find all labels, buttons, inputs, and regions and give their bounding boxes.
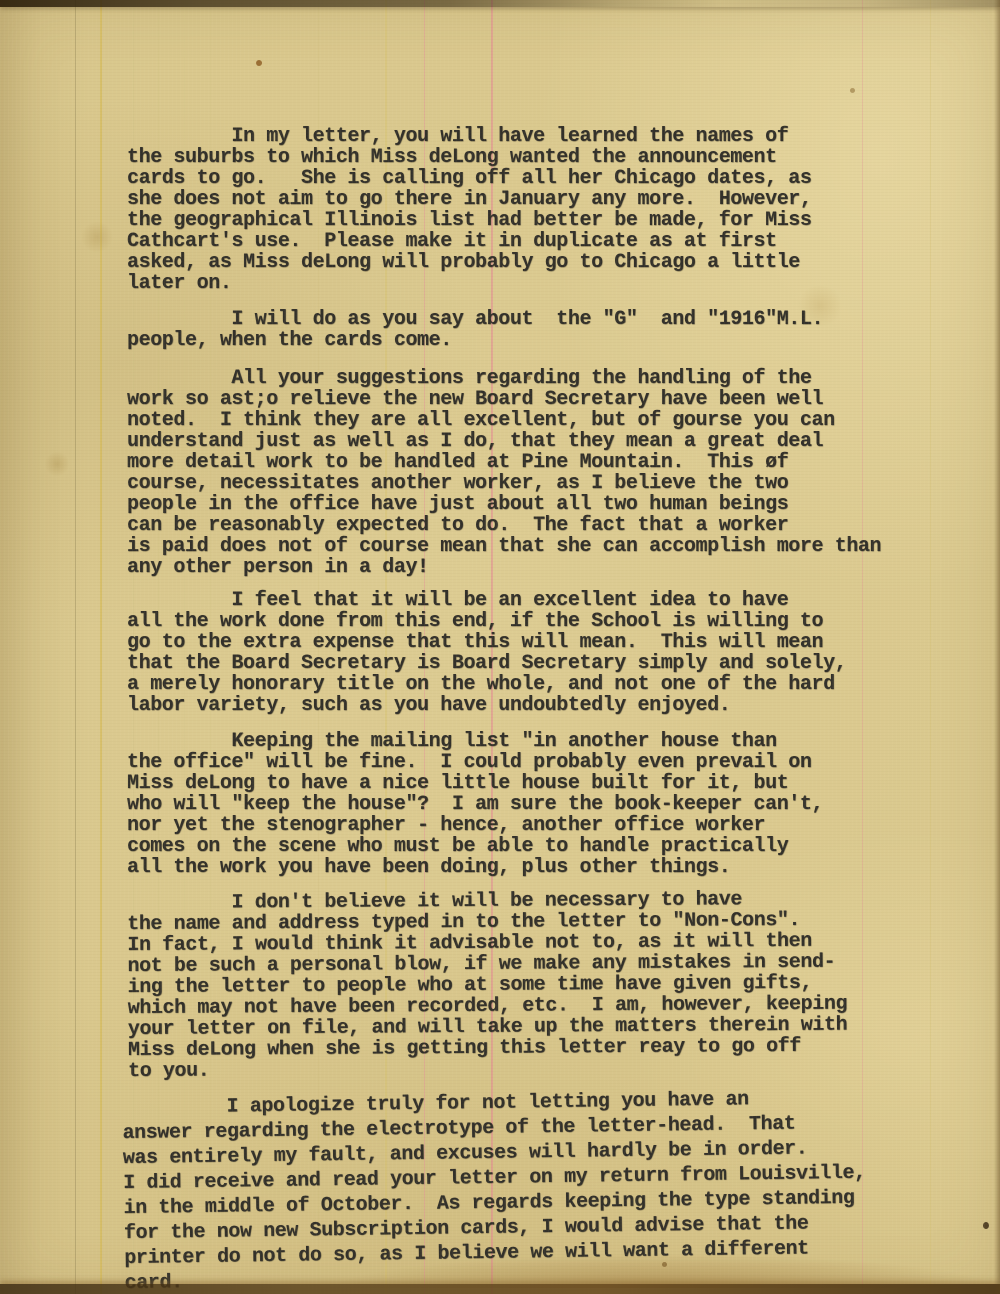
paper-stain <box>80 222 114 252</box>
letter-paragraph: In my letter, you will have learned the … <box>127 126 812 294</box>
paper-stain <box>983 1222 989 1229</box>
ledger-line-yellow <box>100 0 102 1294</box>
ledger-line-faint <box>75 0 76 1294</box>
paper-top-edge <box>0 0 1000 7</box>
letter-paragraph: I will do as you say about the "G" and "… <box>127 309 823 351</box>
paper-bottom-edge <box>0 1284 1000 1294</box>
paper-right-edge <box>994 0 1000 1294</box>
paper-stain <box>256 60 262 66</box>
paper-stain <box>44 452 70 476</box>
letter-paragraph: Keeping the mailing list "in another hou… <box>127 731 823 878</box>
letter-paragraph: I don't believe it will be necessary to … <box>127 889 847 1082</box>
document-page: In my letter, you will have learned the … <box>0 0 1000 1294</box>
paper-stain <box>850 88 855 93</box>
letter-paragraph: I apologize truly for not letting you ha… <box>122 1086 867 1294</box>
letter-paragraph: All your suggestions regarding the handl… <box>127 368 881 578</box>
letter-paragraph: I feel that it will be an excellent idea… <box>127 590 846 716</box>
ledger-line-yellow <box>930 0 931 1294</box>
